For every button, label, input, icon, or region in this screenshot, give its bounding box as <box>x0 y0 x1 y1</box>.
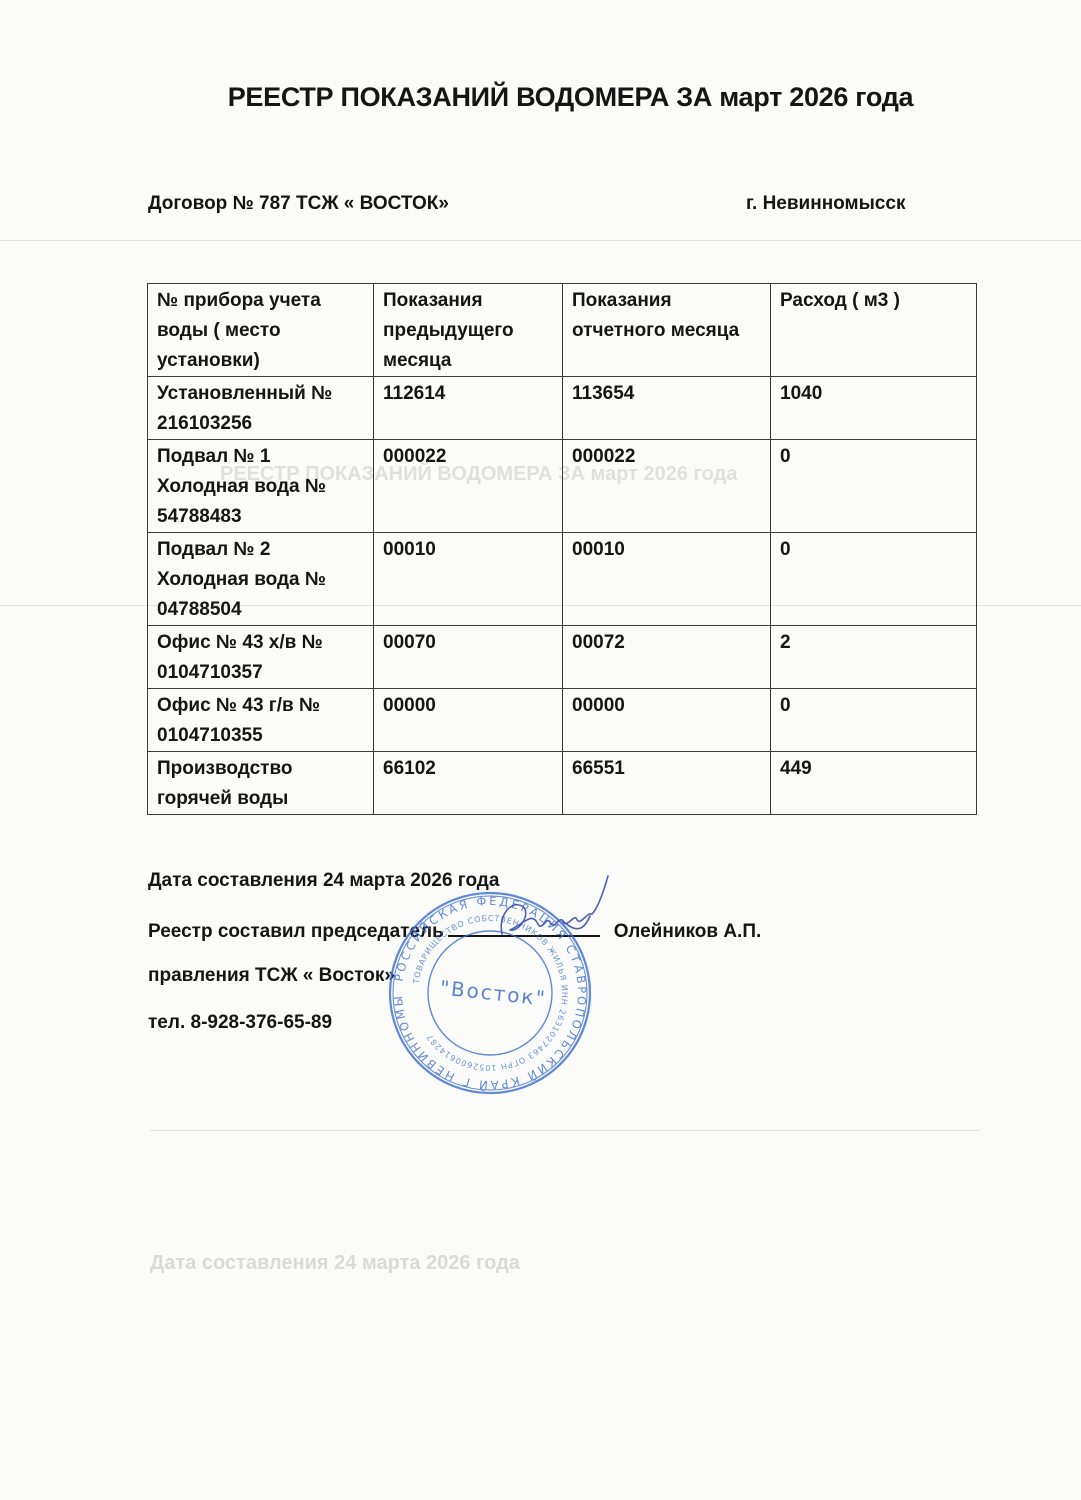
bleed-through-line <box>0 240 1081 241</box>
cell-current: 113654 <box>563 377 771 440</box>
cell-previous: 00000 <box>374 689 563 752</box>
table-row: Установленный № 216103256 112614 113654 … <box>148 377 977 440</box>
cell-current: 00000 <box>563 689 771 752</box>
table-row: Офис № 43 г/в № 0104710355 00000 00000 0 <box>148 689 977 752</box>
cell-consumption: 0 <box>771 440 977 533</box>
phone-line: тел. 8-928-376-65-89 <box>148 1012 332 1034</box>
cell-consumption: 449 <box>771 752 977 815</box>
header-meter: № прибора учета воды ( место установки) <box>148 284 374 377</box>
stamp-center-text: "Восток" <box>439 975 548 1010</box>
readings-table: № прибора учета воды ( место установки) … <box>147 283 977 815</box>
cell-current: 66551 <box>563 752 771 815</box>
header-previous: Показания предыдущего месяца <box>374 284 563 377</box>
cell-previous: 112614 <box>374 377 563 440</box>
cell-previous: 66102 <box>374 752 563 815</box>
cell-current: 00010 <box>563 533 771 626</box>
document-title: РЕЕСТР ПОКАЗАНИЙ ВОДОМЕРА ЗА март 2026 г… <box>0 82 1081 113</box>
bleed-through-line <box>150 1130 980 1131</box>
contract-number: Договор № 787 ТСЖ « ВОСТОК» <box>148 193 449 215</box>
board-line: правления ТСЖ « Восток» <box>148 965 395 987</box>
cell-previous: 00070 <box>374 626 563 689</box>
table-row: Офис № 43 х/в № 0104710357 00070 00072 2 <box>148 626 977 689</box>
city-name: г. Невинномысск <box>746 193 905 215</box>
cell-previous: 000022 <box>374 440 563 533</box>
cell-meter: Офис № 43 г/в № 0104710355 <box>148 689 374 752</box>
cell-meter: Офис № 43 х/в № 0104710357 <box>148 626 374 689</box>
cell-current: 000022 <box>563 440 771 533</box>
table-row: Производство горячей воды 66102 66551 44… <box>148 752 977 815</box>
header-current: Показания отчетного месяца <box>563 284 771 377</box>
cell-meter: Подвал № 2 Холодная вода № 04788504 <box>148 533 374 626</box>
table-header-row: № прибора учета воды ( место установки) … <box>148 284 977 377</box>
bleed-through-text: Дата составления 24 марта 2026 года <box>150 1252 520 1275</box>
cell-consumption: 1040 <box>771 377 977 440</box>
cell-consumption: 0 <box>771 533 977 626</box>
table-row: Подвал № 2 Холодная вода № 04788504 0001… <box>148 533 977 626</box>
cell-previous: 00010 <box>374 533 563 626</box>
cell-meter: Производство горячей воды <box>148 752 374 815</box>
cell-meter: Подвал № 1 Холодная вода № 54788483 <box>148 440 374 533</box>
cell-meter: Установленный № 216103256 <box>148 377 374 440</box>
signature <box>480 872 630 947</box>
cell-consumption: 0 <box>771 689 977 752</box>
table-row: Подвал № 1 Холодная вода № 54788483 0000… <box>148 440 977 533</box>
header-consumption: Расход ( м3 ) <box>771 284 977 377</box>
cell-current: 00072 <box>563 626 771 689</box>
cell-consumption: 2 <box>771 626 977 689</box>
signer-name: Олейников А.П. <box>614 921 762 942</box>
